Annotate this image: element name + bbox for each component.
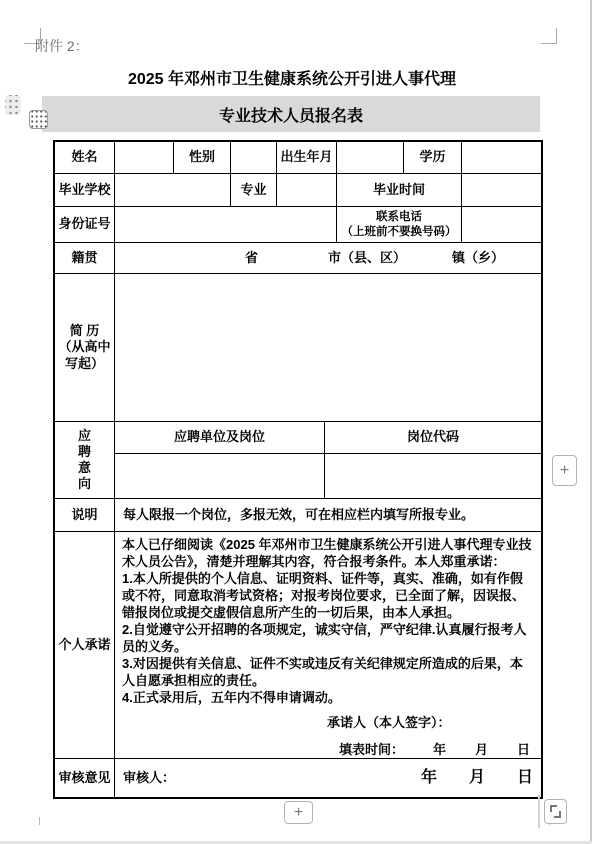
major-label-cell: 专业 [231,174,277,207]
intention-char: 向 [78,476,91,492]
major-value-cell[interactable] [277,174,337,207]
gender-label-cell: 性别 [174,142,231,174]
year-label: 年 [433,741,446,758]
table-row: 籍贯 省 市（县、区） 镇（乡） [55,243,541,274]
position-code-header-cell: 岗位代码 [325,422,541,454]
table-row: 说明 每人限报一个岗位，多报无效，可在相应栏内填写所报专业。 [55,499,541,532]
note-text-cell: 每人限报一个岗位，多报无效，可在相应栏内填写所报专业。 [115,499,541,532]
table-row: 毕业学校 专业 毕业时间 [55,174,541,207]
province-label: 省 [245,250,258,266]
signer-label: 承诺人（本人签字）： [327,715,451,730]
gender-value-cell[interactable] [231,142,277,174]
note-label-cell: 说明 [55,499,115,532]
intention-char: 应 [78,428,91,444]
month-label: 月 [475,741,488,758]
phone-value-cell[interactable] [462,207,541,243]
table-row: 个人承诺 本人已仔细阅读《2025 年邓州市卫生健康系统公开引进人事代理专业技术… [55,532,541,759]
resume-label-cell: 简 历 （从高中 写起） [55,274,115,422]
phone-label-line2: （上班前不要换号码） [342,225,457,239]
attachment-label: 附件 2： [35,36,89,56]
school-value-cell[interactable] [115,174,231,207]
birth-value-cell[interactable] [337,142,404,174]
intention-char: 聘 [78,444,91,460]
paragraph-drag-handle-icon[interactable] [5,95,21,115]
intention-char: 意 [78,460,91,476]
promise-text-cell: 本人已仔细阅读《2025 年邓州市卫生健康系统公开引进人事代理专业技术人员公告》… [115,532,541,759]
margin-mark-top-right [541,28,557,44]
fill-date-label: 填表时间： [339,741,404,758]
education-label-cell: 学历 [404,142,462,174]
name-value-cell[interactable] [115,142,174,174]
unit-position-header-cell: 应聘单位及岗位 [115,422,325,454]
promise-item-4: 4.正式录用后，五年内不得申请调动。 [122,689,534,706]
review-date: 年 月 日 [389,768,533,788]
phone-label-line1: 联系电话 [376,210,422,224]
reviewer-label: 审核人： [123,770,175,786]
table-row: 应聘单位及岗位 岗位代码 [115,422,541,454]
document-title-line1: 2025 年邓州市卫生健康系统公开引进人事代理 [42,66,542,89]
promise-intro: 本人已仔细阅读《2025 年邓州市卫生健康系统公开引进人事代理专业技术人员公告》… [122,536,534,570]
position-code-value-cell[interactable] [325,454,541,499]
grad-time-label-cell: 毕业时间 [337,174,462,207]
expand-icon [554,811,561,818]
add-column-button[interactable]: + [552,455,577,486]
resume-value-cell[interactable] [115,274,541,422]
table-row: 审核意见 审核人： 年 月 日 [55,759,541,797]
city-label: 市（县、区） [328,250,406,266]
birth-label-cell: 出生年月 [277,142,337,174]
name-label-cell: 姓名 [55,142,115,174]
promise-item-2: 2.自觉遵守公开招聘的各项规定，诚实守信，严守纪律.认真履行报考人员的义务。 [122,621,534,655]
margin-mark-bottom-left [39,817,40,825]
signer-line: 承诺人（本人签字）： [122,714,534,731]
resume-label-line2: （从高中 [58,339,110,355]
fill-date-line: 填表时间： 年 月 日 [122,741,534,758]
review-content-cell[interactable]: 审核人： 年 月 日 [115,759,541,797]
expand-table-button[interactable] [544,799,567,824]
promise-label-cell: 个人承诺 [55,532,115,759]
day-label: 日 [517,768,533,788]
table-row: 姓名 性别 出生年月 学历 [55,142,541,174]
year-label: 年 [421,768,437,788]
add-row-button[interactable]: + [284,801,313,824]
unit-position-value-cell[interactable] [115,454,325,499]
month-label: 月 [469,768,485,788]
table-row: 简 历 （从高中 写起） [55,274,541,422]
resume-label-line3: 写起） [65,356,104,372]
education-value-cell[interactable] [462,142,541,174]
document-page: 附件 2： 2025 年邓州市卫生健康系统公开引进人事代理 专业技术人员报名表 … [0,0,592,844]
table-drag-handle-icon[interactable] [29,110,48,129]
grad-time-value-cell[interactable] [462,174,541,207]
promise-item-1: 1.本人所提供的个人信息、证明资料、证件等，真实、准确，如有作假或不符，同意取消… [122,570,534,621]
phone-label-cell: 联系电话 （上班前不要换号码） [337,207,462,243]
intention-label-cell: 应 聘 意 向 [55,422,115,499]
town-label: 镇（乡） [452,250,504,266]
plus-icon: + [294,805,303,821]
id-value-cell[interactable] [115,207,337,243]
plus-icon: + [560,463,569,479]
registration-form-table: 姓名 性别 出生年月 学历 毕业学校 专业 毕业时间 身份证号 联系电话 （上班… [53,140,543,799]
intention-subgrid: 应聘单位及岗位 岗位代码 [115,422,541,499]
review-label-cell: 审核意见 [55,759,115,797]
table-row: 身份证号 联系电话 （上班前不要换号码） [55,207,541,243]
id-label-cell: 身份证号 [55,207,115,243]
table-resize-guide [538,795,540,828]
table-row [115,454,541,499]
resume-label-line1: 简 历 [70,323,100,339]
table-row: 应 聘 意 向 应聘单位及岗位 岗位代码 [55,422,541,499]
document-title-line2: 专业技术人员报名表 [42,96,540,132]
native-label-cell: 籍贯 [55,243,115,274]
day-label: 日 [517,741,530,758]
school-label-cell: 毕业学校 [55,174,115,207]
promise-item-3: 3.对因提供有关信息、证件不实或违反有关纪律规定所造成的后果，本人自愿承担相应的… [122,655,534,689]
native-value-cell[interactable]: 省 市（县、区） 镇（乡） [115,243,541,274]
